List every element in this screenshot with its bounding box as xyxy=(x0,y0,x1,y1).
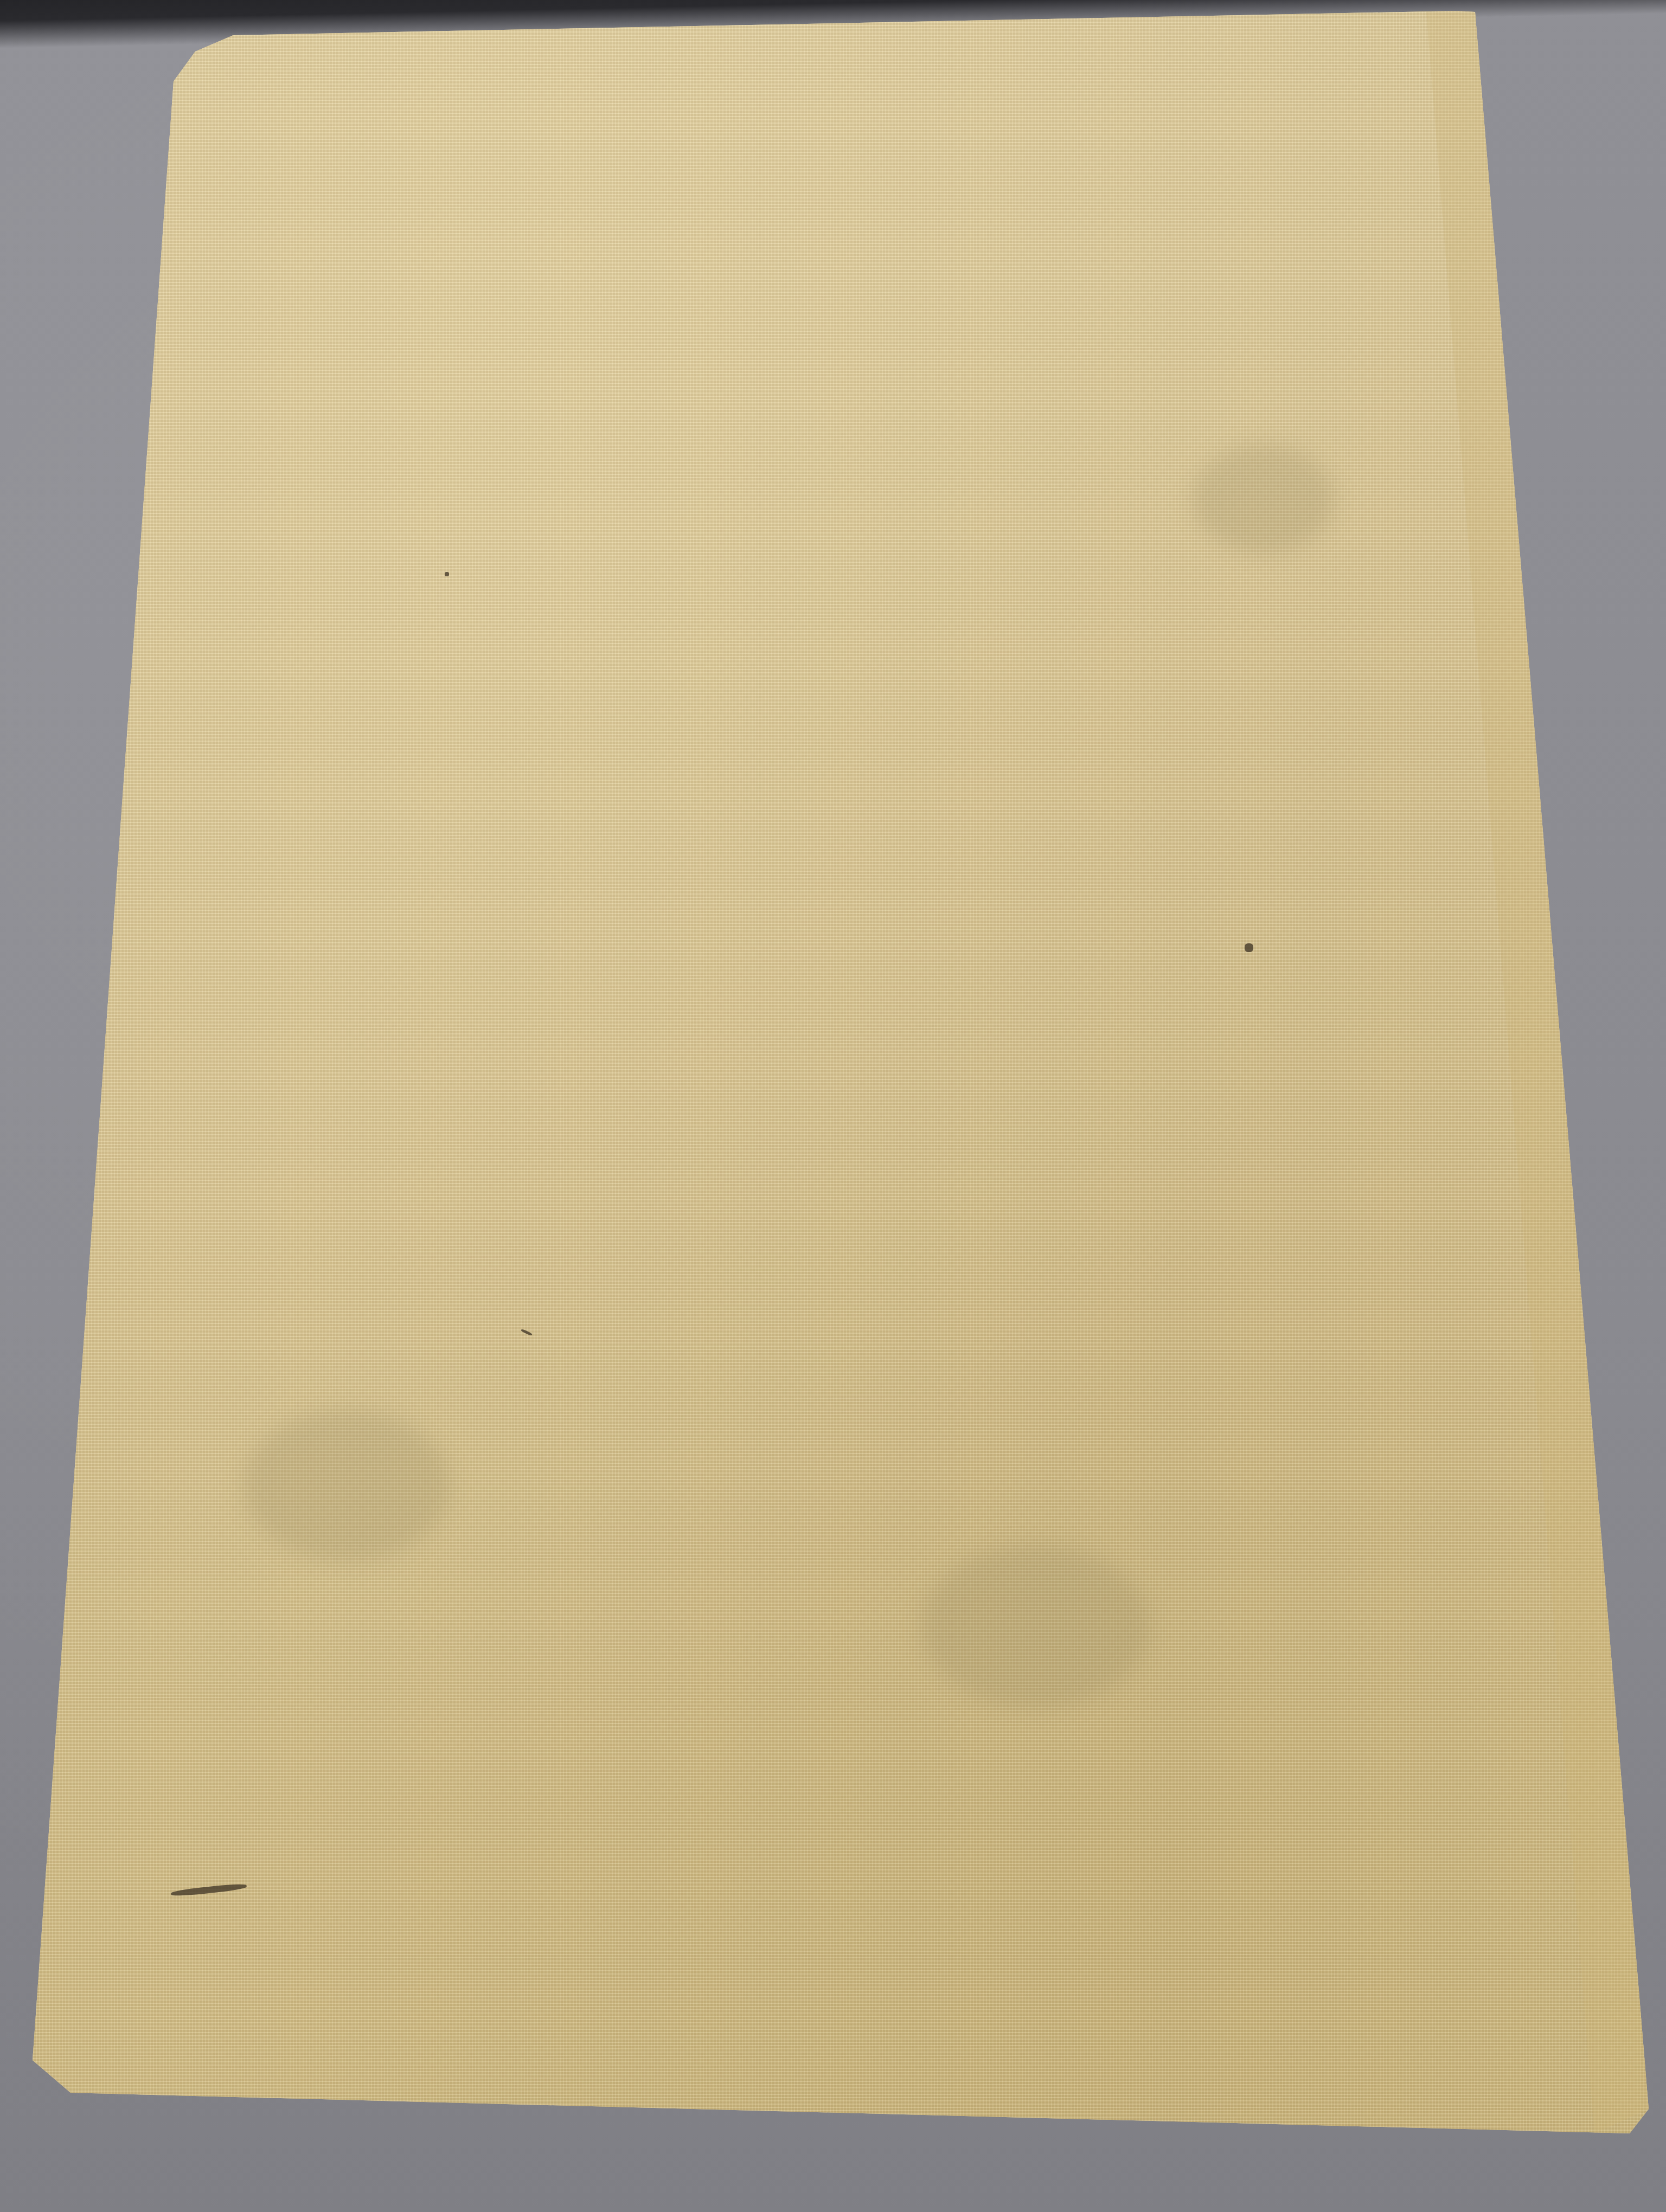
book xyxy=(0,0,1666,2212)
cover-stain xyxy=(244,1410,450,1561)
book-cover xyxy=(0,0,1666,2212)
cover-spot xyxy=(445,572,449,576)
cover-spot xyxy=(1245,943,1253,952)
cover-stain xyxy=(1193,445,1334,553)
cover-stain xyxy=(922,1545,1150,1708)
